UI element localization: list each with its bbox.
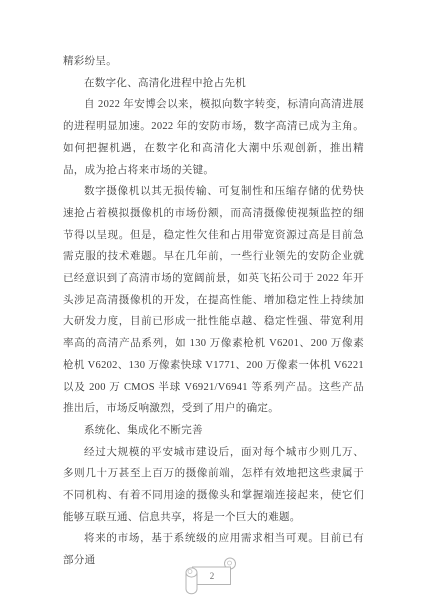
section-heading: 在数字化、高清化进程中抢占先机	[63, 73, 364, 95]
document-page: 精彩纷呈。 在数字化、高清化进程中抢占先机 自 2022 年安博会以来，模拟向数…	[0, 0, 424, 600]
page-number-banner: 2	[183, 554, 241, 598]
body-paragraph: 精彩纷呈。	[63, 51, 364, 73]
body-paragraph: 经过大规模的平安城市建设后，面对每个城市少则几万、多则几十万甚至上百万的摄像前端…	[63, 442, 364, 529]
body-paragraph: 自 2022 年安博会以来，模拟向数字转变，标清向高清进展的进程明显加速。202…	[63, 94, 364, 181]
section-heading: 系统化、集成化不断完善	[63, 420, 364, 442]
page-number: 2	[193, 567, 231, 584]
body-paragraph: 数字摄像机以其无损传输、可复制性和压缩存储的优势快速抢占着模拟摄像机的市场份额，…	[63, 181, 364, 420]
page-footer: 2	[0, 554, 424, 598]
